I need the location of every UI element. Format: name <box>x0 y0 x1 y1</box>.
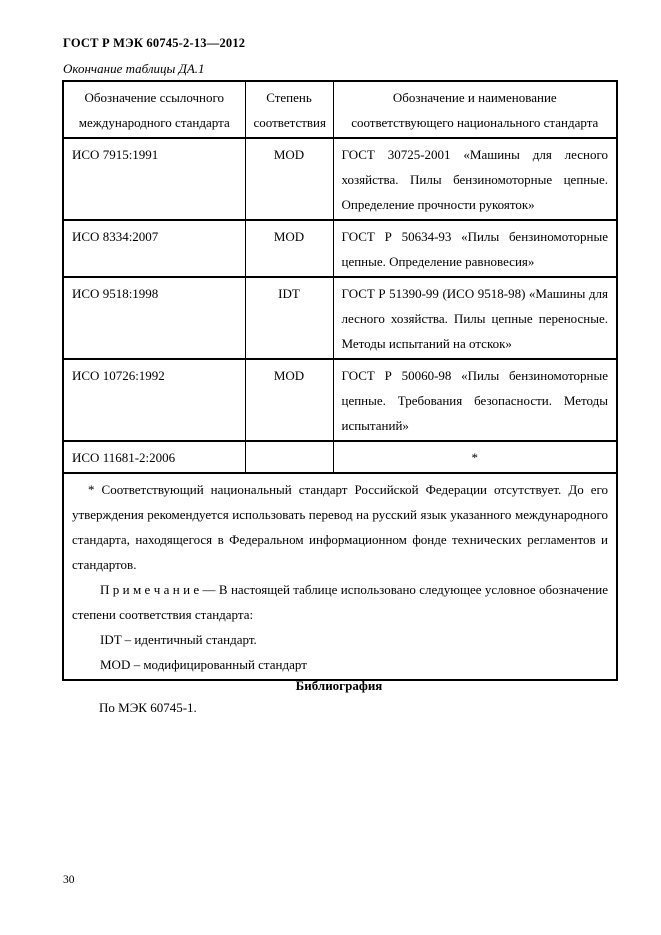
cell-national: ГОСТ Р 50634-93 «Пилы бензиномоторные це… <box>333 220 617 277</box>
column-header-national: Обозначение и наименование соответствующ… <box>333 81 617 138</box>
concordance-table: Обозначение ссылочного международного ст… <box>62 80 618 681</box>
table-header-row: Обозначение ссылочного международного ст… <box>63 81 617 138</box>
document-header: ГОСТ Р МЭК 60745-2-13—2012 <box>63 36 245 51</box>
document-page: ГОСТ Р МЭК 60745-2-13—2012 Окончание таб… <box>0 0 661 935</box>
table-row: ИСО 10726:1992 MOD ГОСТ Р 50060-98 «Пилы… <box>63 359 617 441</box>
cell-degree <box>245 441 333 473</box>
cell-degree: MOD <box>245 220 333 277</box>
footnote-mod-definition: MOD – модифицированный стандарт <box>72 652 608 677</box>
footnote-note-text: П р и м е ч а н и е — В настоящей таблиц… <box>72 577 608 627</box>
table-footnote-row: * Соответствующий национальный стандарт … <box>63 473 617 680</box>
cell-reference: ИСО 10726:1992 <box>63 359 245 441</box>
cell-degree: MOD <box>245 359 333 441</box>
cell-national: ГОСТ Р 51390-99 (ИСО 9518-98) «Машины дл… <box>333 277 617 359</box>
cell-national: ГОСТ Р 50060-98 «Пилы бензиномоторные це… <box>333 359 617 441</box>
cell-degree: IDT <box>245 277 333 359</box>
footnote-asterisk-text: * Соответствующий национальный стандарт … <box>72 477 608 577</box>
table-row: ИСО 9518:1998 IDT ГОСТ Р 51390-99 (ИСО 9… <box>63 277 617 359</box>
cell-national-asterisk: * <box>333 441 617 473</box>
table-row: ИСО 11681-2:2006 * <box>63 441 617 473</box>
cell-reference: ИСО 9518:1998 <box>63 277 245 359</box>
cell-reference: ИСО 8334:2007 <box>63 220 245 277</box>
footnote-idt-definition: IDT – идентичный стандарт. <box>72 627 608 652</box>
page-number: 30 <box>63 874 75 886</box>
cell-reference: ИСО 11681-2:2006 <box>63 441 245 473</box>
table-footnote-cell: * Соответствующий национальный стандарт … <box>63 473 617 680</box>
bibliography-title: Библиография <box>62 678 616 694</box>
cell-reference: ИСО 7915:1991 <box>63 138 245 220</box>
column-header-reference: Обозначение ссылочного международного ст… <box>63 81 245 138</box>
cell-national: ГОСТ 30725-2001 «Машины для лесного хозя… <box>333 138 617 220</box>
table-caption: Окончание таблицы ДА.1 <box>63 61 205 77</box>
cell-degree: MOD <box>245 138 333 220</box>
table-row: ИСО 7915:1991 MOD ГОСТ 30725-2001 «Машин… <box>63 138 617 220</box>
table-row: ИСО 8334:2007 MOD ГОСТ Р 50634-93 «Пилы … <box>63 220 617 277</box>
column-header-degree: Степень соответствия <box>245 81 333 138</box>
bibliography-text: По МЭК 60745-1. <box>99 700 197 716</box>
